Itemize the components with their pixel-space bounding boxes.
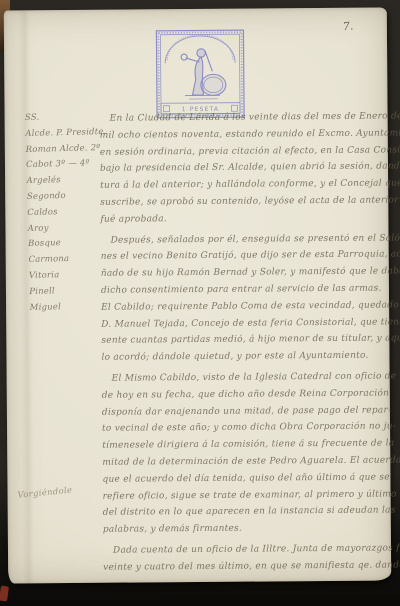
attendee-line: Cabot 3º — 4º <box>26 157 100 175</box>
attendee-line: Bosque <box>28 235 102 253</box>
attendee-line: Caldos <box>27 204 101 222</box>
paragraph-junta-office: Dada cuenta de un oficio de la Illtre. J… <box>103 540 385 576</box>
document-page: 7. 1 PESE <box>4 8 391 584</box>
scan-background: 7. 1 PESE <box>0 0 400 606</box>
handwritten-line: mil ocho cientos noventa, estando reunid… <box>100 125 382 144</box>
red-ink-mark <box>0 586 9 602</box>
handwritten-line: El Mismo Cabildo, visto de la Iglesia Ca… <box>102 368 384 387</box>
handwritten-line: de hoy en su fecha, que dicho año desde … <box>102 385 384 404</box>
attendee-line: Alcde. P. Presidte. <box>25 125 99 143</box>
handwritten-line: dicho consentimiento para entrar al serv… <box>101 281 383 300</box>
attendee-line: Segondo <box>27 188 101 206</box>
handwritten-line: lo acordó; dándole quietud, y por este a… <box>101 348 383 367</box>
attendee-line: Aroy <box>28 220 102 238</box>
margin-attendee-list: SS.Alcde. P. Presidte.Roman Alcde. 2ºCab… <box>25 109 104 316</box>
attendee-line: Roman Alcde. 2º <box>26 141 100 159</box>
revenue-stamp: 1 PESETA <box>155 29 246 120</box>
margin-note: Vorgiéndole <box>17 486 73 501</box>
handwritten-line: que el acuerdo del día tenida, quiso del… <box>102 469 384 488</box>
attendee-line: Miguel <box>30 299 104 317</box>
main-text: En la Ciudad de Lérida á los veinte dias… <box>100 109 386 581</box>
page-number: 7. <box>342 19 353 33</box>
handwritten-line: En la Ciudad de Lérida á los veinte dias… <box>100 109 382 128</box>
paragraph-session-opening: En la Ciudad de Lérida á los veinte dias… <box>100 109 383 229</box>
handwritten-line: El Cabildo; requirente Pablo Coma de est… <box>101 297 383 316</box>
handwritten-line: fué aprobada. <box>100 209 382 228</box>
paragraph-consent-presentation: Después, señalados por él, enseguida se … <box>101 230 384 367</box>
handwritten-line: tímenesele dirigiera á la comisión, tien… <box>102 436 384 455</box>
attendee-line: Argelés <box>26 172 100 190</box>
handwritten-line: veinte y cuatro del mes último, en que s… <box>103 557 385 576</box>
handwritten-line: suscribe, se aprobó su contenido, leyóse… <box>100 193 382 212</box>
handwritten-line: palabras, y demás firmantes. <box>103 520 385 539</box>
paragraph-cathedral-office: El Mismo Cabildo, visto de la Iglesia Ca… <box>102 368 385 538</box>
attendee-line: Pinell <box>29 283 103 301</box>
attendee-line: SS. <box>25 109 99 127</box>
attendee-line: Vitoria <box>29 267 103 285</box>
handwritten-line: mitad de la determinación de este Pedro … <box>102 452 384 471</box>
attendee-line: Carmona <box>28 251 102 269</box>
handwritten-line: Dada cuenta de un oficio de la Illtre. J… <box>103 540 385 559</box>
stamp-figure-icon <box>181 49 226 100</box>
handwritten-line: del distrito en lo que aparecen en la in… <box>103 503 385 522</box>
